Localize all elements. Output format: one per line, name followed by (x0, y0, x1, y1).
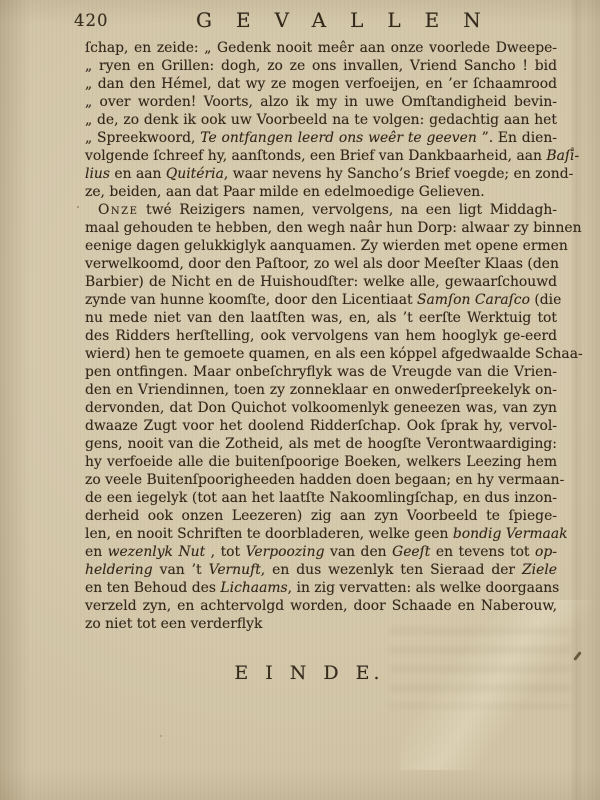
text-segment: des Ridders herſtelling, ook vervolgens … (85, 328, 557, 344)
text-line: Barbier) de Nicht en de Huishoudſter: we… (85, 273, 557, 291)
ink-speck (160, 735, 162, 737)
text-line: „ dan den Hémel, dat wy ze mogen verfoei… (85, 75, 557, 93)
the-end-period: . (374, 662, 380, 684)
text-segment: pen ontfingen. Maar onbeſchryflyk was de… (85, 364, 557, 380)
text-line: „ de, zo denk ik ook uw Voorbeeld na te … (85, 111, 557, 129)
text-segment: Vernuft (209, 562, 261, 578)
text-segment: „ Spreekwoord, (85, 130, 200, 146)
text-line: derheid ook onzen Leezeren) zig aan zyn … (85, 507, 557, 525)
text-segment: volgende ſchreef hy, aanſtonds, een Brie… (85, 148, 546, 164)
book-page: 420 GEVALLEN ſchap, en zeide: „ Gedenk n… (0, 0, 600, 800)
text-line: zo veele Buitenſpoorigheeden hadden doen… (85, 471, 557, 489)
text-segment: , waar nevens hy Sancho’s Brief voegde; … (224, 166, 573, 182)
text-segment: zo niet tot een verderflyk (85, 616, 262, 632)
text-segment: ſchap, en zeide: „ Gedenk nooit meêr aan… (85, 40, 557, 56)
text-segment: Barbier) de Nicht en de Huishoudſter: we… (85, 274, 557, 290)
text-segment: , tot (205, 544, 245, 560)
text-line: ze, beiden, aan dat Paar milde en edelmo… (85, 183, 557, 201)
text-segment: bondig Vermaak (453, 526, 568, 542)
text-line: en ten Behoud des Lichaams, in zig verva… (85, 579, 557, 597)
text-line: „ over worden! Voorts, alzo ik my in uwe… (85, 93, 557, 111)
text-segment: wezenlyk Nut (108, 544, 206, 560)
page-number: 420 (74, 11, 109, 30)
text-segment: hy verfoeide alle die buitenſpoorige Boe… (85, 454, 557, 470)
text-line: volgende ſchreef hy, aanſtonds, een Brie… (85, 147, 557, 165)
text-line: de een iegelyk (tot aan het laatſte Nako… (85, 489, 557, 507)
text-line: wierd) hen te gemoete quamen, en als een… (85, 345, 557, 363)
text-segment: ze, beiden, aan dat Paar milde en edelmo… (85, 184, 485, 200)
text-segment: twé Reizigers namen, vervolgens, na een … (138, 202, 557, 218)
the-end-label: EINDE. (0, 662, 600, 684)
text-segment: nu mede niet van den laatſten was, en, a… (85, 310, 557, 326)
text-line: verwelkoomd, door den Paſtoor, zo wel al… (85, 255, 557, 273)
text-line: des Ridders herſtelling, ook vervolgens … (85, 327, 557, 345)
text-line: gens, nooit van die Zotheid, als met de … (85, 435, 557, 453)
text-segment: van ’t (153, 562, 209, 578)
text-segment: Lichaams (220, 580, 287, 596)
text-line: eenige dagen gelukkiglyk aanquamen. Zy w… (85, 237, 557, 255)
text-segment: len, en nooit Schriften te doorbladeren,… (85, 526, 453, 542)
text-line: nu mede niet van den laatſten was, en, a… (85, 309, 557, 327)
text-segment: (die (530, 292, 561, 308)
text-segment: en ten Behoud des (85, 580, 220, 596)
text-line: heldering van ’t Vernuft, en dus wezenly… (85, 561, 557, 579)
text-segment: „ over worden! Voorts, alzo ik my in uwe… (85, 94, 557, 110)
text-segment: „ ryen en Grillen: dogh, zo ze ons inval… (85, 58, 557, 74)
text-segment: op- (535, 544, 557, 560)
text-line: maal gehouden te hebben, den wegh naâr h… (85, 219, 557, 237)
text-line: zo niet tot een verderflyk (85, 615, 557, 633)
text-segment: Geeſt (392, 544, 430, 560)
text-segment: Verpoozing (246, 544, 325, 560)
text-segment: en aan (110, 166, 166, 182)
text-segment: dwaaze Zugt voor het doolend Ridderſchap… (85, 418, 557, 434)
text-line: en wezenlyk Nut , tot Verpoozing van den… (85, 543, 557, 561)
text-line: den en Vriendinnen, toen zy zonneklaar e… (85, 381, 557, 399)
running-head: 420 GEVALLEN (0, 0, 600, 34)
text-line: „ Spreekwoord, Te ontfangen leerd ons we… (85, 129, 557, 147)
text-line: ſchap, en zeide: „ Gedenk nooit meêr aan… (85, 39, 557, 57)
text-segment: Quitéria (166, 166, 224, 182)
text-segment: gens, nooit van die Zotheid, als met de … (85, 436, 557, 452)
text-line: Onze twé Reizigers namen, vervolgens, na… (85, 201, 557, 219)
body-text: ſchap, en zeide: „ Gedenk nooit meêr aan… (85, 39, 557, 633)
text-segment: Baſi- (546, 148, 579, 164)
text-segment: den en Vriendinnen, toen zy zonneklaar e… (85, 382, 557, 398)
text-segment: de een iegelyk (tot aan het laatſte Nako… (85, 490, 557, 506)
text-line: zynde van hunne koomſte, door den Licent… (85, 291, 557, 309)
text-line: dervonden, dat Don Quichot volkoomenlyk … (85, 399, 557, 417)
text-segment: , en dus wezenlyk ten Sieraad der (261, 562, 522, 578)
the-end-text: EINDE (234, 662, 386, 684)
text-segment: dervonden, dat Don Quichot volkoomenlyk … (85, 400, 557, 416)
text-segment: Onze (98, 202, 138, 218)
text-segment: , in zig vervatten: als welke doorgaans (288, 580, 560, 596)
text-line: lius en aan Quitéria, waar nevens hy San… (85, 165, 557, 183)
text-segment: lius (85, 166, 110, 182)
text-segment: en tevens tot (430, 544, 535, 560)
ink-speck (571, 147, 574, 150)
text-segment: „ de, zo denk ik ook uw Voorbeeld na te … (85, 112, 557, 128)
running-title: GEVALLEN (196, 8, 505, 32)
text-segment: wierd) hen te gemoete quamen, en als een… (85, 346, 583, 362)
text-segment: Te ontfangen leerd ons weêr te geeven (200, 130, 477, 146)
text-line: pen ontfingen. Maar onbeſchryflyk was de… (85, 363, 557, 381)
text-line: dwaaze Zugt voor het doolend Ridderſchap… (85, 417, 557, 435)
text-segment: derheid ook onzen Leezeren) zig aan zyn … (85, 508, 557, 524)
text-segment: „ dan den Hémel, dat wy ze mogen verfoei… (85, 76, 557, 92)
text-segment: zo veele Buitenſpoorigheeden hadden doen… (85, 472, 564, 488)
text-segment: maal gehouden te hebben, den wegh naâr h… (85, 220, 582, 236)
text-line: hy verfoeide alle die buitenſpoorige Boe… (85, 453, 557, 471)
text-segment: Ziele (522, 562, 557, 578)
text-line: len, en nooit Schriften te doorbladeren,… (85, 525, 557, 543)
text-segment: zynde van hunne koomſte, door den Licent… (85, 292, 417, 308)
text-segment: ”. En dien- (477, 130, 557, 146)
text-line: „ ryen en Grillen: dogh, zo ze ons inval… (85, 57, 557, 75)
text-segment: eenige dagen gelukkiglyk aanquamen. Zy w… (85, 238, 568, 254)
text-segment: verzeld zyn, en achtervolgd worden, door… (85, 598, 557, 614)
text-line: verzeld zyn, en achtervolgd worden, door… (85, 597, 557, 615)
text-segment: en (85, 544, 108, 560)
text-segment: heldering (85, 562, 153, 578)
text-segment: van den (324, 544, 392, 560)
text-segment: Samſon Caraſco (417, 292, 530, 308)
ink-speck (77, 206, 79, 208)
text-segment: verwelkoomd, door den Paſtoor, zo wel al… (85, 256, 559, 272)
